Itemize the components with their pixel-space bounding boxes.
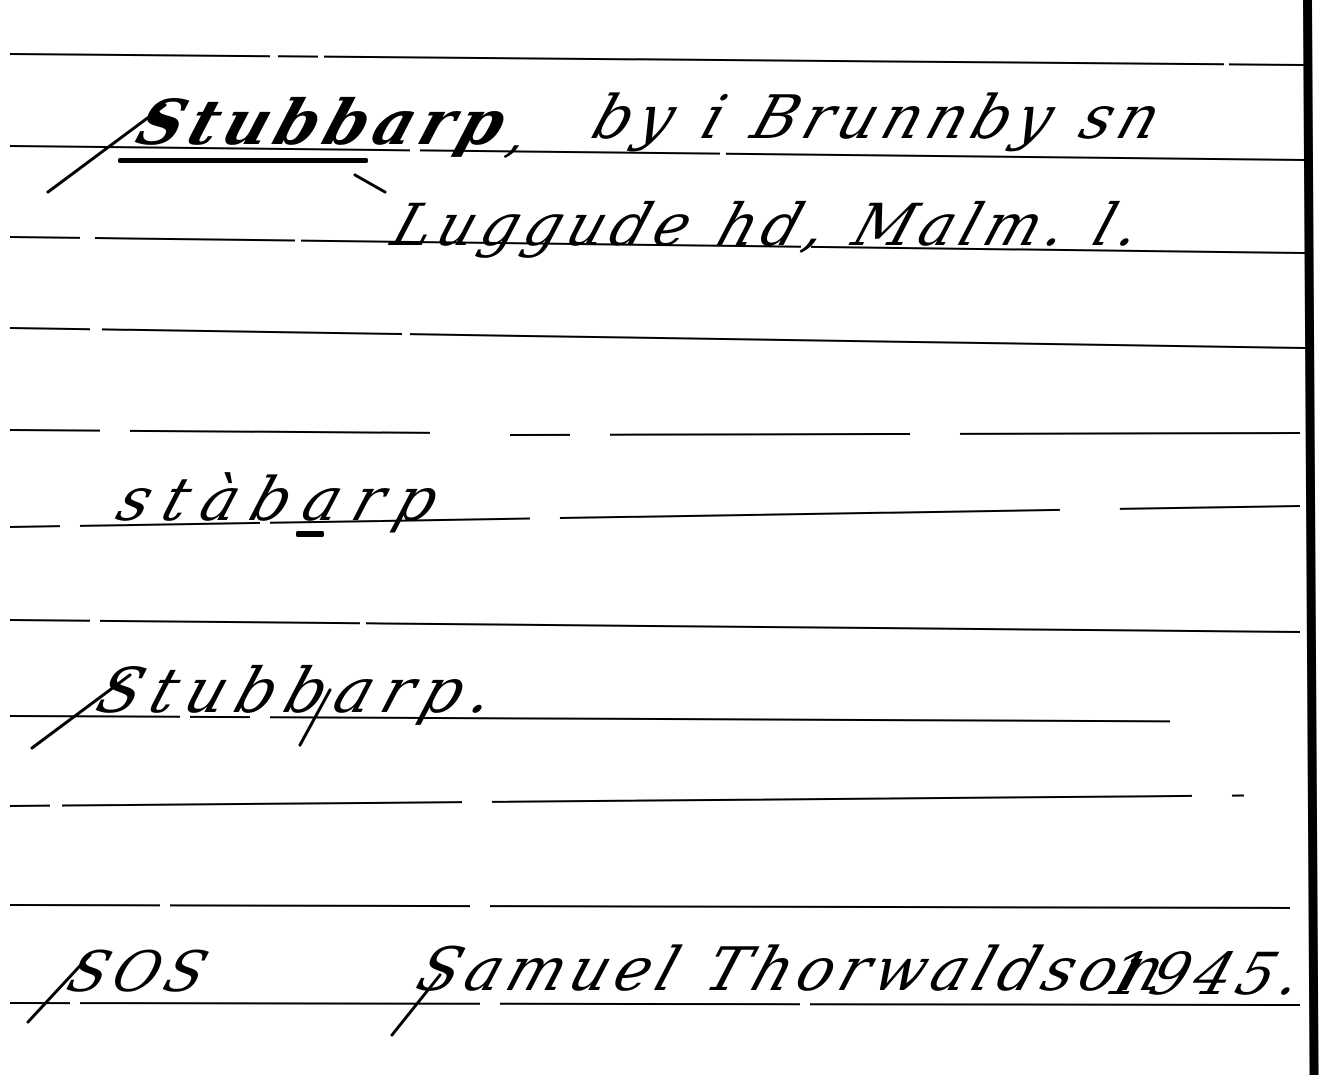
location-line-1: by i Brunnby sn <box>585 88 1174 148</box>
headword-underline <box>118 158 368 163</box>
archive-card: Stubbarp , by i Brunnby sn Luggude hd, M… <box>0 0 1320 1075</box>
phonetic-transcription: stàbarp <box>110 470 459 530</box>
footer-collector: Samuel Thorwaldson <box>410 940 1177 1000</box>
spelling-variant: Stubbarp. <box>90 660 513 722</box>
footer-code: SOS <box>61 945 220 1001</box>
footer-year: 1945. <box>1101 945 1316 1003</box>
phonetic-underbar <box>296 531 324 537</box>
location-line-2: Luggude hd, Malm. l. <box>386 196 1155 254</box>
headword-name: Stubbarp <box>130 92 520 154</box>
